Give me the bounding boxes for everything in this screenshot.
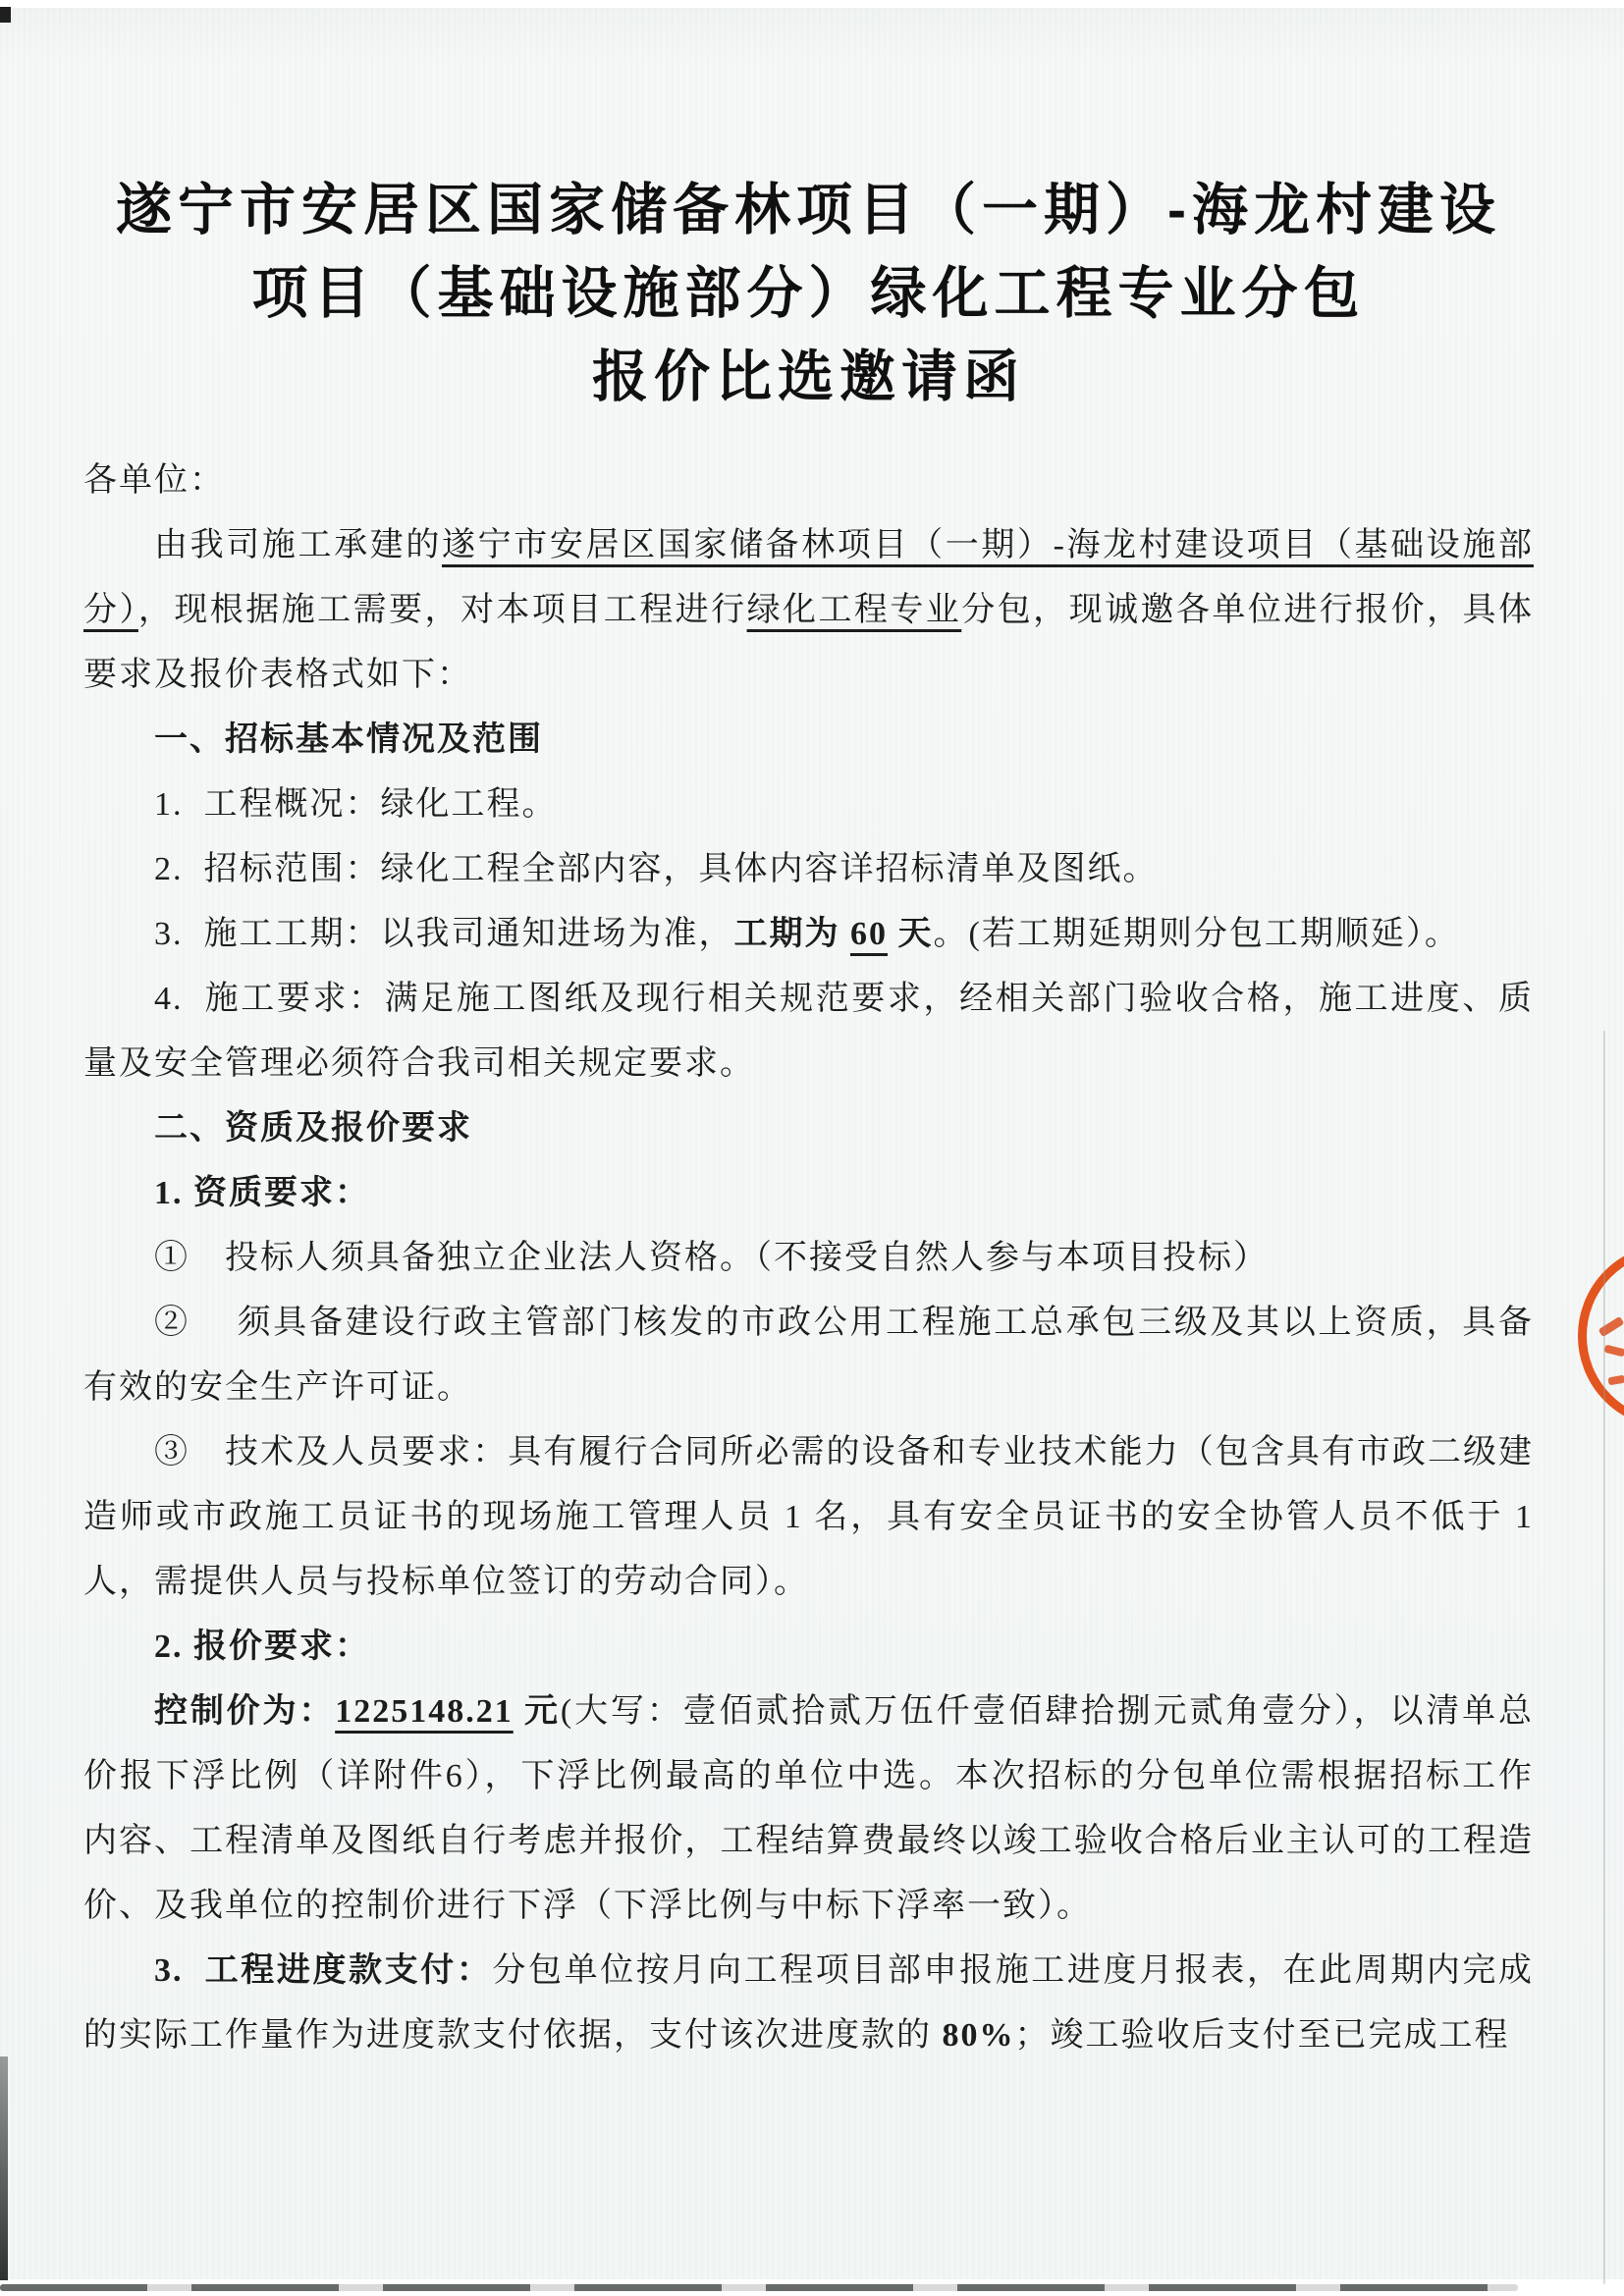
title-line-3: 报价比选邀请函 [83, 336, 1534, 419]
item-construction-period-text: 天 [888, 916, 934, 952]
item-bid-scope: 2. 招标范围：绿化工程全部内容，具体内容详招标清单及图纸。 [83, 837, 1534, 902]
item-project-overview: 1. 工程概况：绿化工程。 [83, 773, 1534, 837]
quotation-heading: 2. 报价要求： [83, 1615, 1534, 1680]
qualification-item-3: ③ 技术及人员要求：具有履行合同所必需的设备和专业技术能力（包含具有市政二级建造… [83, 1420, 1534, 1615]
salutation: 各单位： [83, 449, 1534, 513]
document-title: 遂宁市安居区国家储备林项目（一期）-海龙村建设 项目（基础设施部分）绿化工程专业… [83, 169, 1534, 419]
intro-paragraph-text: ，现根据施工需要，对本项目工程进行 [138, 592, 747, 628]
section-2-heading: 二、资质及报价要求 [83, 1096, 1534, 1161]
qualification-item-3-text: ③ 技术及人员要求：具有履行合同所必需的设备和专业技术能力（包含具有市政二级建造… [83, 1434, 1544, 1600]
progress-payment-paragraph-text: 80% [943, 2017, 1015, 2054]
control-price-paragraph-text: 元 [514, 1693, 561, 1730]
control-price-paragraph: 控制价为：1225148.21 元(大写：壹佰贰拾贰万伍仟壹佰肆拾捌元贰角壹分）… [83, 1680, 1534, 1939]
document-body: 各单位：由我司施工承建的遂宁市安居区国家储备林项目（一期）-海龙村建设项目（基础… [83, 449, 1534, 2068]
progress-payment-paragraph-text: ；竣工验收后支付至已完成工程 [1015, 2017, 1510, 2054]
intro-paragraph-text: 绿化工程专业 [747, 592, 962, 628]
section-1-heading-text: 一、招标基本情况及范围 [154, 721, 543, 758]
item-construction-requirements-text: 4. 施工要求：满足施工图纸及现行相关规范要求，经相关部门验收合格，施工进度、质… [83, 981, 1534, 1082]
scan-left-edge-shadow [0, 2056, 8, 2280]
item-bid-scope-text: 2. 招标范围：绿化工程全部内容，具体内容详招标清单及图纸。 [154, 851, 1159, 887]
qualification-item-1-text: ① 投标人须具备独立企业法人资格。（不接受自然人参与本项目投标） [154, 1240, 1269, 1276]
item-construction-period-text: 。(若工期延期则分包工期顺延）。 [934, 916, 1460, 952]
item-construction-requirements: 4. 施工要求：满足施工图纸及现行相关规范要求，经相关部门验收合格，施工进度、质… [83, 967, 1534, 1096]
qualification-heading: 1. 资质要求： [83, 1161, 1534, 1226]
progress-payment-paragraph: 3. 工程进度款支付：分包单位按月向工程项目部申报施工进度月报表，在此周期内完成… [83, 1939, 1534, 2068]
section-1-heading: 一、招标基本情况及范围 [83, 708, 1534, 773]
quotation-heading-text: 2. 报价要求： [154, 1629, 370, 1665]
item-construction-period-text: 3. 施工工期：以我司通知进场为准， [154, 916, 734, 952]
title-line-1: 遂宁市安居区国家储备林项目（一期）-海龙村建设 [83, 169, 1534, 252]
item-construction-period-text: 60 [850, 916, 888, 952]
item-construction-period: 3. 施工工期：以我司通知进场为准，工期为 60 天。(若工期延期则分包工期顺延… [83, 902, 1534, 967]
qualification-item-1: ① 投标人须具备独立企业法人资格。（不接受自然人参与本项目投标） [83, 1226, 1534, 1291]
qualification-heading-text: 1. 资质要求： [154, 1175, 370, 1211]
progress-payment-paragraph-text: 3. 工程进度款支付： [154, 1952, 492, 1989]
item-construction-period-text: 工期为 [734, 916, 851, 952]
intro-paragraph: 由我司施工承建的遂宁市安居区国家储备林项目（一期）-海龙村建设项目（基础设施部分… [83, 513, 1534, 708]
scan-corner-mark [0, 7, 11, 23]
scan-bottom-edge-shadow [0, 2284, 1518, 2291]
scan-right-edge-line [1603, 1031, 1605, 2284]
intro-paragraph-text: 由我司施工承建的 [154, 527, 442, 563]
scanned-document-page: { "document": { "title_lines": [ "遂宁市安居区… [0, 0, 1624, 2296]
item-project-overview-text: 1. 工程概况：绿化工程。 [154, 786, 558, 823]
qualification-item-2: ② 须具备建设行政主管部门核发的市政公用工程施工总承包三级及其以上资质，具备有效… [83, 1291, 1534, 1420]
document-content: 遂宁市安居区国家储备林项目（一期）-海龙村建设 项目（基础设施部分）绿化工程专业… [83, 0, 1534, 2068]
salutation-text: 各单位： [83, 462, 225, 499]
control-price-paragraph-text: 1225148.21 [335, 1693, 514, 1730]
title-line-2: 项目（基础设施部分）绿化工程专业分包 [83, 252, 1534, 336]
section-2-heading-text: 二、资质及报价要求 [154, 1110, 472, 1147]
control-price-paragraph-text: 控制价为： [154, 1693, 335, 1730]
qualification-item-2-text: ② 须具备建设行政主管部门核发的市政公用工程施工总承包三级及其以上资质，具备有效… [83, 1305, 1534, 1406]
